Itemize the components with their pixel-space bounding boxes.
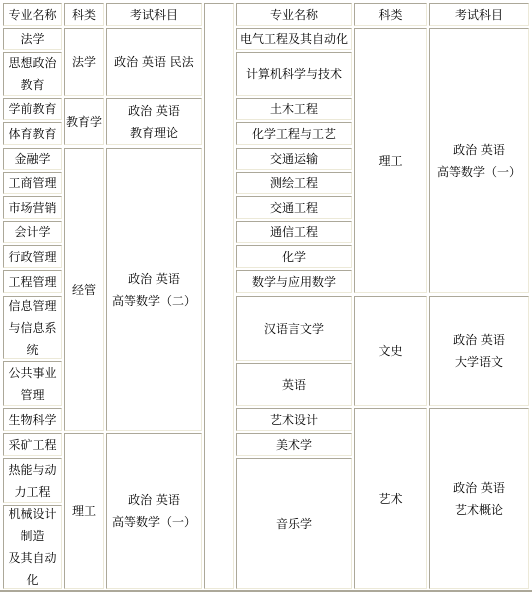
major-name: 工商管理 xyxy=(8,172,56,194)
subjects-cell: 政治 英语 高等数学（一） xyxy=(429,28,529,293)
major-name: 音乐学 xyxy=(276,513,312,535)
major-name: 机械设计 制造 及其自动 化 xyxy=(8,503,56,591)
category-cell: 理工 xyxy=(64,433,104,589)
major-cell: 采矿工程 xyxy=(3,433,62,456)
category-name: 经管 xyxy=(72,279,96,301)
left-header-major: 专业名称 xyxy=(3,3,62,26)
major-name: 法学 xyxy=(20,28,44,50)
major-cell: 工程管理 xyxy=(3,270,62,293)
subjects-cell: 政治 英语 大学语文 xyxy=(429,296,529,406)
major-cell: 土木工程 xyxy=(236,98,352,120)
major-name: 行政管理 xyxy=(8,246,56,268)
header-text: 专业名称 xyxy=(8,4,56,26)
subjects-cell: 政治 英语 高等数学（二） xyxy=(106,148,202,431)
subjects-text: 政治 英语 民法 xyxy=(114,51,194,73)
major-cell: 化学工程与工艺 xyxy=(236,122,352,145)
major-cell: 电气工程及其自动化 xyxy=(236,28,352,50)
exam-subjects-table: 专业名称 科类 考试科目 法学 思想政治 教育 学前教育 体育教育 金融学 工商… xyxy=(0,0,532,594)
major-name: 化学工程与工艺 xyxy=(252,123,336,145)
category-name: 教育学 xyxy=(66,111,102,133)
header-text: 科类 xyxy=(72,4,96,26)
table-bottom-border xyxy=(0,590,532,592)
major-cell: 信息管理 与信息系 统 xyxy=(3,296,62,359)
major-name: 金融学 xyxy=(14,148,50,170)
major-cell: 法学 xyxy=(3,28,62,50)
major-cell: 艺术设计 xyxy=(236,408,352,431)
major-name: 公共事业 管理 xyxy=(8,362,56,406)
major-name: 工程管理 xyxy=(8,271,56,293)
subjects-cell: 政治 英语 艺术概论 xyxy=(429,408,529,589)
right-header-major: 专业名称 xyxy=(236,3,352,26)
header-text: 考试科目 xyxy=(130,4,178,26)
category-name: 法学 xyxy=(72,51,96,73)
major-cell: 交通工程 xyxy=(236,196,352,219)
major-cell: 公共事业 管理 xyxy=(3,361,62,406)
major-name: 数学与应用数学 xyxy=(252,271,336,293)
left-header-subjects: 考试科目 xyxy=(106,3,202,26)
major-cell: 会计学 xyxy=(3,221,62,243)
spacer-column xyxy=(204,3,234,589)
subjects-text: 政治 英语 大学语文 xyxy=(453,329,505,373)
major-cell: 通信工程 xyxy=(236,221,352,243)
major-cell: 英语 xyxy=(236,363,352,406)
major-name: 化学 xyxy=(282,246,306,268)
major-cell: 美术学 xyxy=(236,433,352,456)
subjects-text: 政治 英语 高等数学（二） xyxy=(112,268,196,312)
category-name: 文史 xyxy=(378,340,402,362)
subjects-cell: 政治 英语 教育理论 xyxy=(106,98,202,145)
major-cell: 汉语言文学 xyxy=(236,296,352,361)
major-cell: 金融学 xyxy=(3,148,62,170)
major-cell: 学前教育 xyxy=(3,98,62,120)
major-cell: 热能与动 力工程 xyxy=(3,458,62,503)
major-name: 思想政治 教育 xyxy=(8,52,56,96)
major-cell: 交通运输 xyxy=(236,148,352,170)
major-name: 热能与动 力工程 xyxy=(8,459,56,503)
subjects-cell: 政治 英语 民法 xyxy=(106,28,202,96)
category-cell: 艺术 xyxy=(354,408,427,589)
major-name: 生物科学 xyxy=(8,409,56,431)
subjects-text: 政治 英语 艺术概论 xyxy=(453,477,505,521)
category-name: 理工 xyxy=(72,500,96,522)
header-text: 专业名称 xyxy=(270,4,318,26)
header-text: 考试科目 xyxy=(455,4,503,26)
major-name: 市场营销 xyxy=(8,197,56,219)
right-header-subjects: 考试科目 xyxy=(429,3,529,26)
major-cell: 音乐学 xyxy=(236,458,352,589)
major-cell: 数学与应用数学 xyxy=(236,270,352,293)
category-cell: 法学 xyxy=(64,28,104,96)
category-cell: 理工 xyxy=(354,28,427,293)
major-cell: 思想政治 教育 xyxy=(3,52,62,96)
major-name: 交通运输 xyxy=(270,148,318,170)
major-name: 体育教育 xyxy=(8,123,56,145)
header-text: 科类 xyxy=(378,4,402,26)
major-name: 美术学 xyxy=(276,434,312,456)
major-cell: 体育教育 xyxy=(3,122,62,145)
major-name: 通信工程 xyxy=(270,221,318,243)
major-name: 测绘工程 xyxy=(270,172,318,194)
major-name: 会计学 xyxy=(14,221,50,243)
major-name: 土木工程 xyxy=(270,98,318,120)
left-header-category: 科类 xyxy=(64,3,104,26)
major-name: 学前教育 xyxy=(8,98,56,120)
category-cell: 经管 xyxy=(64,148,104,431)
major-cell: 计算机科学与技术 xyxy=(236,52,352,96)
major-name: 汉语言文学 xyxy=(264,318,324,340)
subjects-text: 政治 英语 教育理论 xyxy=(128,100,180,144)
major-cell: 市场营销 xyxy=(3,196,62,219)
major-cell: 化学 xyxy=(236,245,352,268)
major-name: 采矿工程 xyxy=(8,434,56,456)
major-cell: 生物科学 xyxy=(3,408,62,431)
major-cell: 工商管理 xyxy=(3,172,62,194)
major-name: 信息管理 与信息系 统 xyxy=(8,295,56,361)
major-cell: 机械设计 制造 及其自动 化 xyxy=(3,505,62,589)
major-name: 交通工程 xyxy=(270,197,318,219)
major-name: 英语 xyxy=(282,374,306,396)
right-header-category: 科类 xyxy=(354,3,427,26)
category-cell: 文史 xyxy=(354,296,427,406)
category-name: 理工 xyxy=(378,150,402,172)
major-name: 电气工程及其自动化 xyxy=(240,28,348,50)
subjects-text: 政治 英语 高等数学（一） xyxy=(112,489,196,533)
major-name: 计算机科学与技术 xyxy=(246,63,342,85)
major-cell: 测绘工程 xyxy=(236,172,352,194)
category-name: 艺术 xyxy=(378,488,402,510)
subjects-cell: 政治 英语 高等数学（一） xyxy=(106,433,202,589)
major-cell: 行政管理 xyxy=(3,245,62,268)
category-cell: 教育学 xyxy=(64,98,104,145)
subjects-text: 政治 英语 高等数学（一） xyxy=(437,139,521,183)
major-name: 艺术设计 xyxy=(270,409,318,431)
